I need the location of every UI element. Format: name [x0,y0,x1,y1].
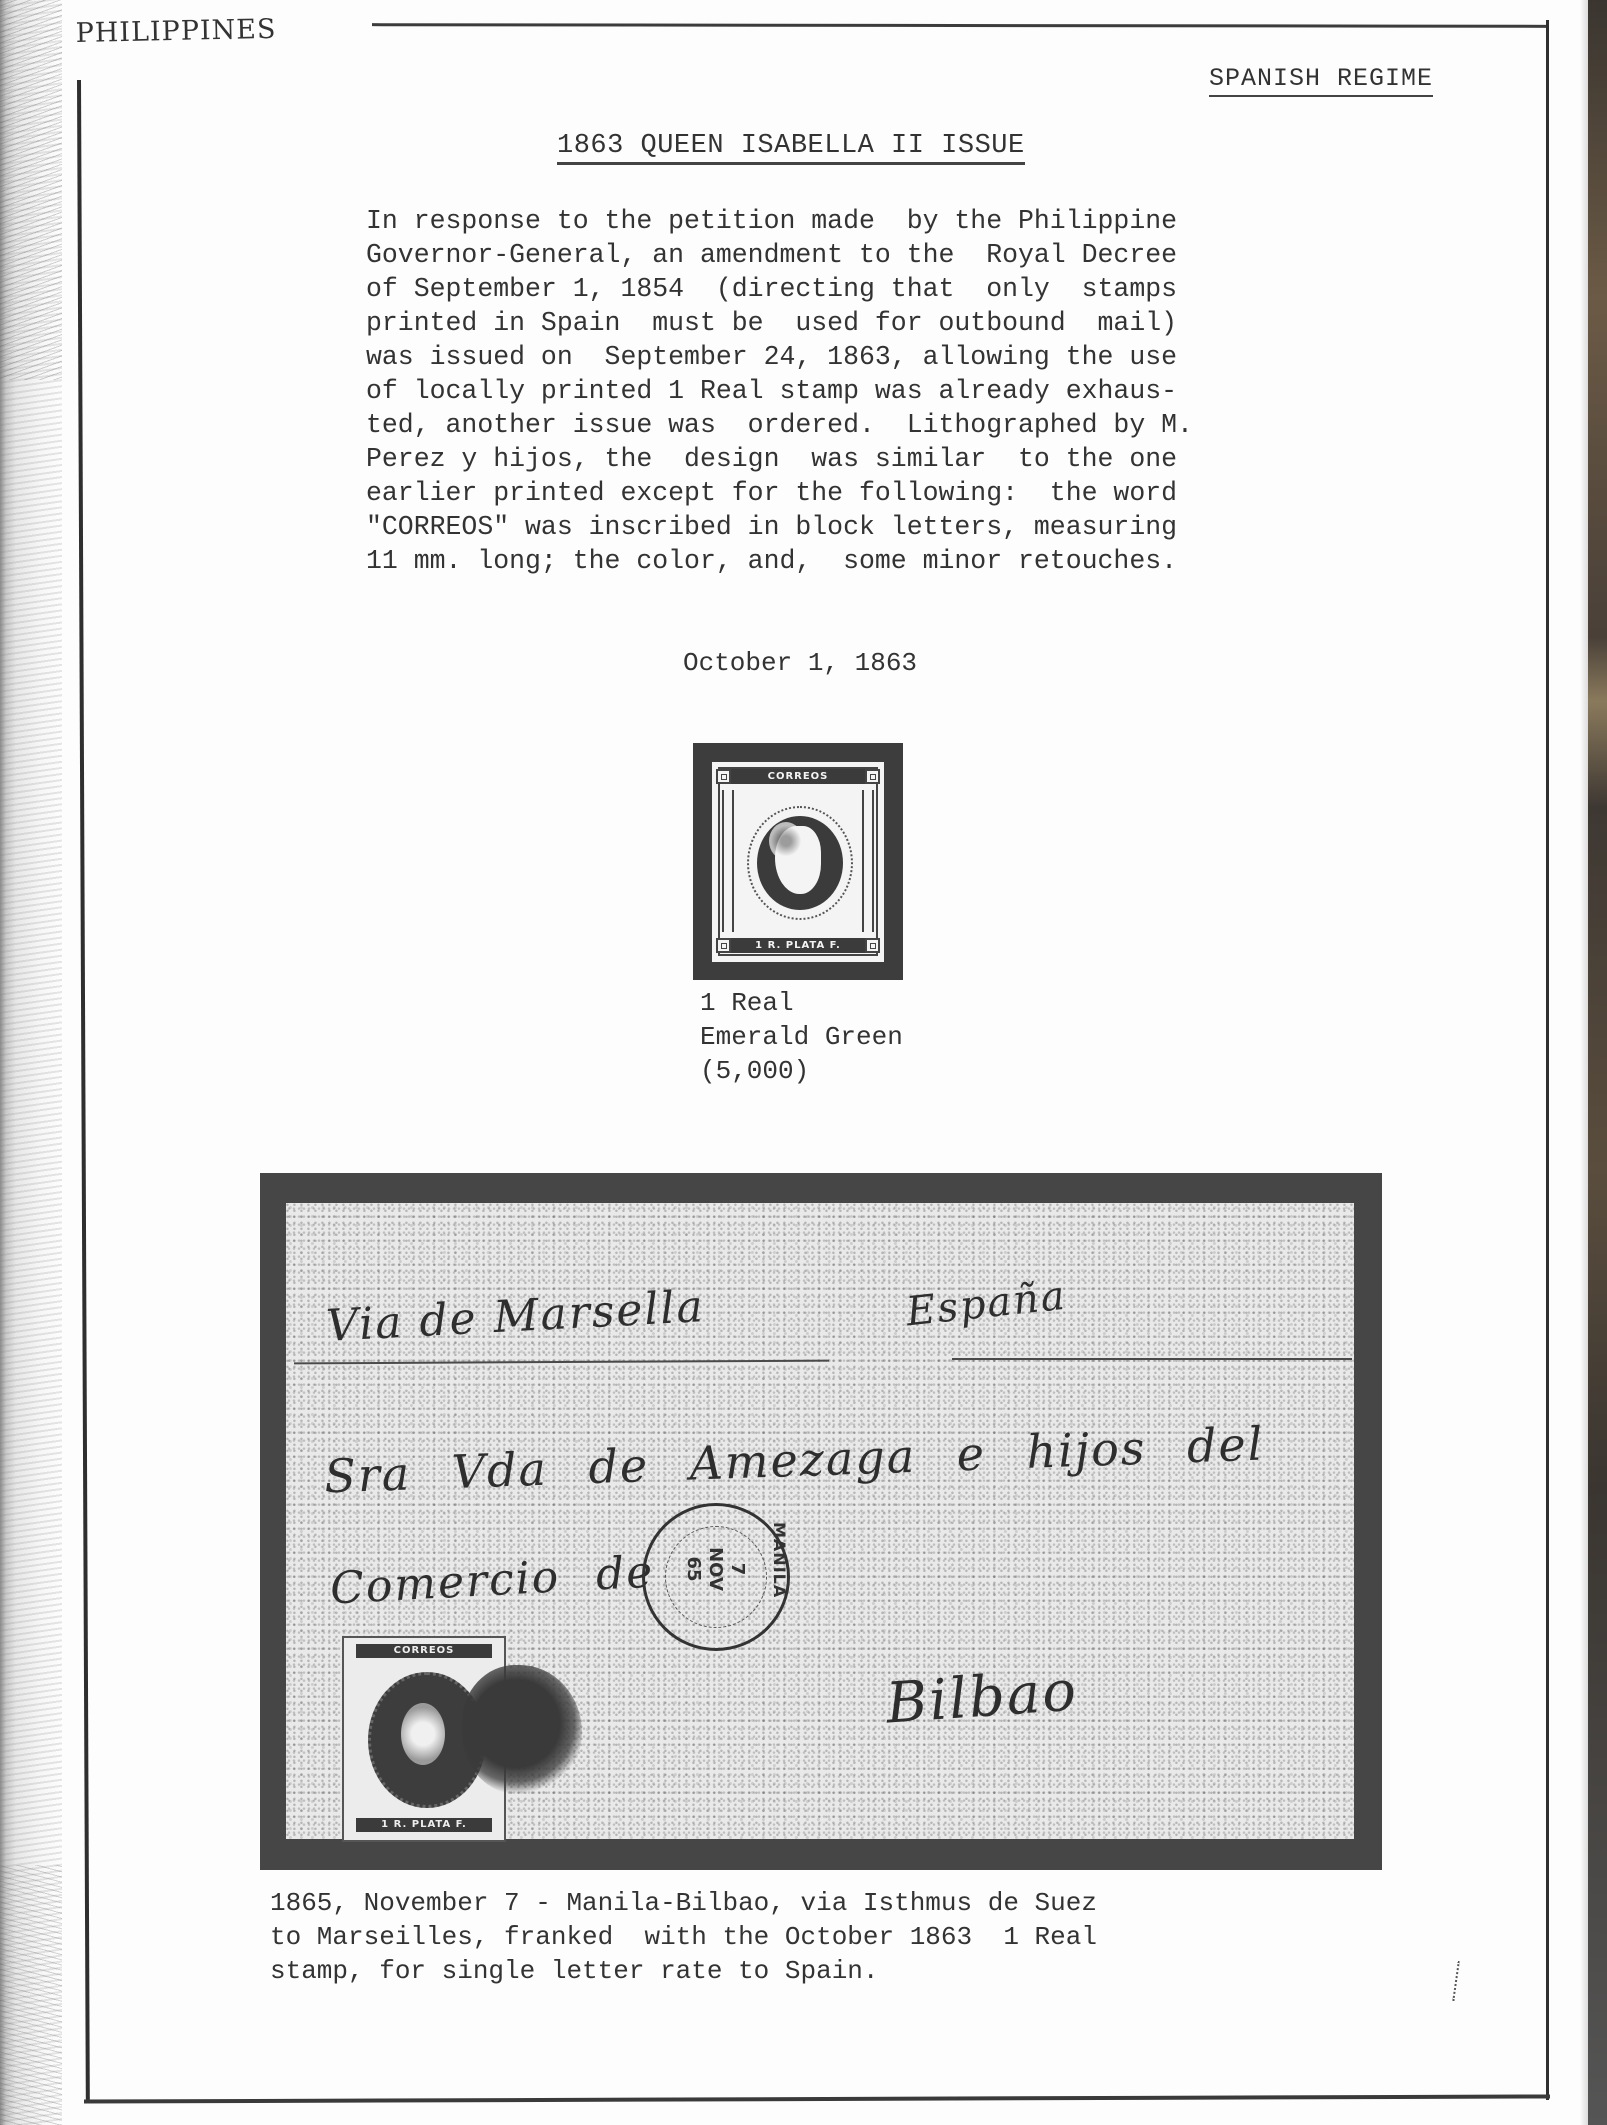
frame-right-border [1546,20,1549,2100]
book-binding-edge [0,0,62,2125]
handwritten-address-line-2: Comercio de [329,1547,656,1615]
stamp-bottom-inscription: 1 R. PLATA F. [728,938,868,953]
paragraph-line: earlier printed except for the following… [366,476,1286,510]
country-header: PHILIPPINES [75,14,276,49]
cover-caption: 1865, November 7 - Manila-Bilbao, via Is… [270,1886,1097,1988]
paragraph-line: of September 1, 1854 (directing that onl… [366,272,1286,306]
paragraph-line: Governor-General, an amendment to the Ro… [366,238,1286,272]
frame-top-border [372,23,1548,28]
caption-line: stamp, for single letter rate to Spain. [270,1954,1097,1988]
caption-line: 1865, November 7 - Manila-Bilbao, via Is… [270,1886,1097,1920]
paragraph-line: ted, another issue was ordered. Lithogra… [366,408,1286,442]
issue-date: October 1, 1863 [683,648,917,678]
postmark-date: 7 NOV 65 [682,1539,748,1599]
caption-line: to Marseilles, franked with the October … [270,1920,1097,1954]
scan-artifact [1452,1961,1473,2003]
section-tag: SPANISH REGIME [1209,64,1433,97]
paragraph-line: "CORREOS" was inscribed in block letters… [366,510,1286,544]
paragraph-line: Perez y hijos, the design was similar to… [366,442,1286,476]
corner-ornament-icon [865,938,880,953]
stamp-1-real: CORREOS 1 R. PLATA F. [712,762,884,962]
page-title: 1863 QUEEN ISABELLA II ISSUE [557,131,1025,165]
corner-ornament-icon [716,769,731,784]
handwritten-country: España [904,1273,1069,1336]
stamp-top-inscription: CORREOS [728,769,868,784]
stamp-caption: 1 Real Emerald Green (5,000) [700,986,903,1088]
corner-ornament-icon [716,938,731,953]
paragraph-line: printed in Spain must be used for outbou… [366,306,1286,340]
queen-portrait-icon [747,806,853,920]
stamp-denomination: 1 Real [700,986,903,1020]
cover-image: Via de Marsella España Sra Vda de Amezag… [260,1173,1382,1870]
stamp-image: CORREOS 1 R. PLATA F. [693,743,903,980]
intro-paragraph: In response to the petition made by the … [366,204,1286,578]
background-edge [1588,0,1607,2125]
handwritten-route: Via de Marsella [325,1281,706,1352]
postmark-city: MANILA [763,1522,789,1598]
paragraph-line: of locally printed 1 Real stamp was alre… [366,374,1286,408]
paragraph-line: 11 mm. long; the color, and, some minor … [366,544,1286,578]
envelope: Via de Marsella España Sra Vda de Amezag… [286,1203,1354,1839]
stamp-quantity: (5,000) [700,1054,903,1088]
handwritten-address-line-1: Sra Vda de Amezaga e hijos del [323,1417,1265,1504]
postmark-icon: MANILA 7 NOV 65 [642,1503,790,1651]
paragraph-line: In response to the petition made by the … [366,204,1286,238]
handwritten-city: Bilbao [884,1658,1080,1736]
frame-left-border [77,80,90,2102]
cancellation-mark-icon [462,1665,582,1795]
corner-ornament-icon [865,769,880,784]
frame-bottom-border [84,2094,1550,2103]
paragraph-line: was issued on September 24, 1863, allowi… [366,340,1286,374]
stamp-color: Emerald Green [700,1020,903,1054]
